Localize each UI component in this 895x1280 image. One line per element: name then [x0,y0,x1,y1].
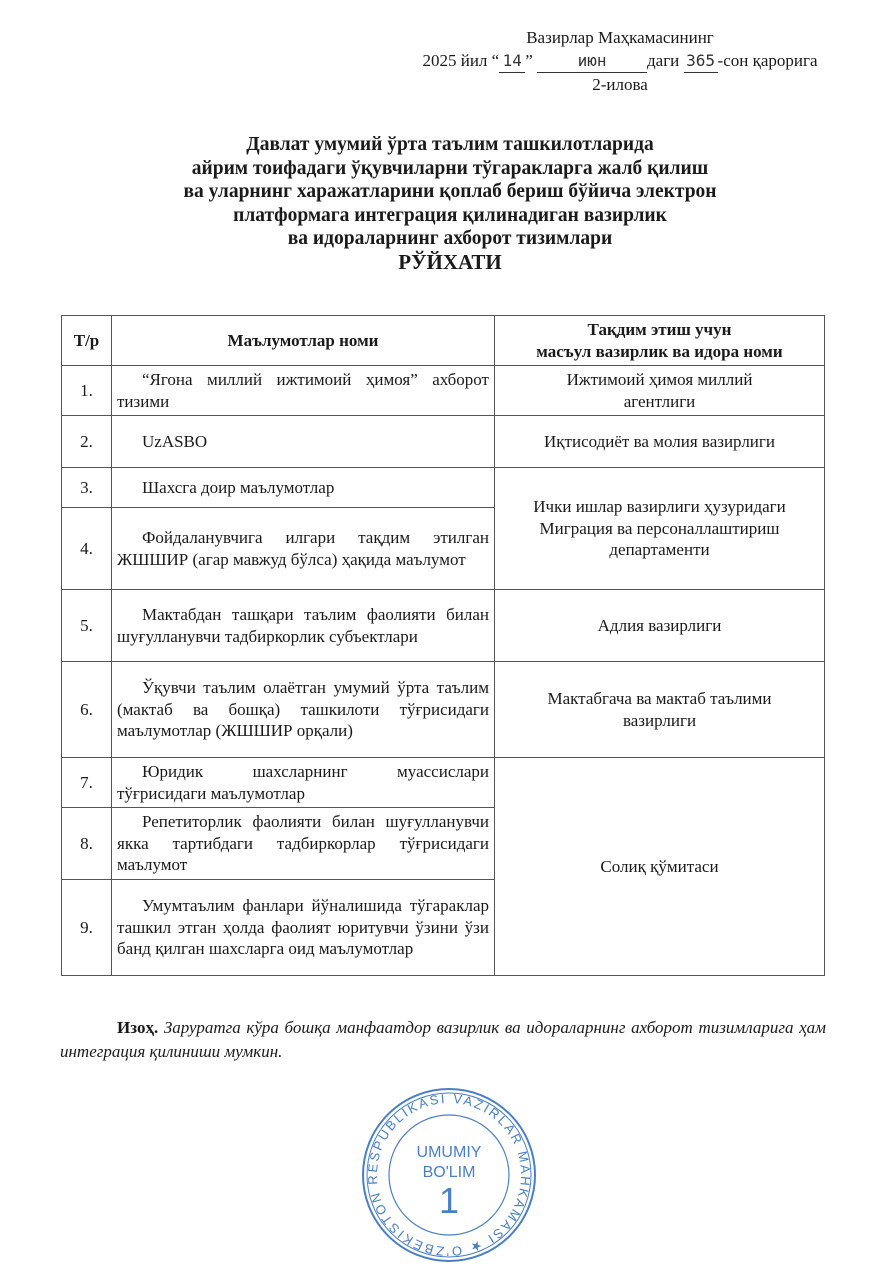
row-org: Солиқ қўмитаси [495,758,825,976]
header-name: Маълумотлар номи [112,316,495,366]
row-name: UzASBO [112,416,495,468]
title-line: Давлат умумий ўрта таълим ташкилотларида [90,133,810,157]
table-row: 5. Мактабдан ташқари таълим фаолияти бил… [62,590,825,662]
row-org: Ички ишлар вазирлиги ҳузуридаги Миграция… [495,468,825,590]
row-name: Мактабдан ташқари таълим фаолияти билан … [112,590,495,662]
stamp-line2: BO'LIM [423,1164,476,1181]
row-org: Иқтисодиёт ва молия вазирлиги [495,416,825,468]
table-header-row: Т/р Маълумотлар номи Тақдим этиш учун ма… [62,316,825,366]
footnote: Изоҳ. Заруратга кўра бошқа манфаатдор ва… [60,1016,826,1064]
row-name: Фойдаланувчига илгари тақдим этилган ЖШШ… [112,508,495,590]
row-num: 5. [62,590,112,662]
row-name: Ўқувчи таълим олаётган умумий ўрта таъли… [112,662,495,758]
document-title: Давлат умумий ўрта таълим ташкилотларида… [90,133,810,274]
decree-number: 365 [684,49,718,73]
row-name: Умумтаълим фанлари йўналишида тўгараклар… [112,880,495,976]
table-row: 2. UzASBO Иқтисодиёт ва молия вазирлиги [62,416,825,468]
row-name: “Ягона миллий ижтимоий ҳимоя” ахборот ти… [112,366,495,416]
appendix-reference: Вазирлар Маҳкамасининг 2025 йил “14” июн… [400,26,840,96]
stamp-number: 1 [439,1180,459,1221]
systems-table: Т/р Маълумотлар номи Тақдим этиш учун ма… [61,315,825,976]
row-name: Репетиторлик фаолияти билан шуғулланувчи… [112,808,495,880]
table-row: 1. “Ягона миллий ижтимоий ҳимоя” ахборот… [62,366,825,416]
row-num: 6. [62,662,112,758]
row-org: Мактабгача ва мактаб таълими вазирлиги [495,662,825,758]
title-line: платформага интеграция қилинадиган вазир… [90,204,810,228]
title-line: айрим тоифадаги ўқувчиларни тўгаракларга… [90,157,810,181]
official-stamp: O'ZBEKISTON RESPUBLIKASI VAZIRLAR MAHKAM… [345,1085,553,1265]
decree-date-line: 2025 йил “14” июндаги 365-сон қарорига [400,49,840,73]
row-org: Адлия вазирлиги [495,590,825,662]
row-num: 7. [62,758,112,808]
stamp-line1: UMUMIY [417,1144,482,1161]
row-num: 8. [62,808,112,880]
row-num: 4. [62,508,112,590]
decree-day: 14 [499,49,525,73]
row-num: 9. [62,880,112,976]
footnote-label: Изоҳ. [60,1018,158,1037]
title-heading: РЎЙХАТИ [90,251,810,275]
row-num: 1. [62,366,112,416]
table-row: 6. Ўқувчи таълим олаётган умумий ўрта та… [62,662,825,758]
row-num: 2. [62,416,112,468]
footnote-text: Заруратга кўра бошқа манфаатдор вазирлик… [60,1018,826,1061]
title-line: ва идораларнинг ахборот тизимлари [90,227,810,251]
row-name: Шахсга доир маълумотлар [112,468,495,508]
decree-issuer: Вазирлар Маҳкамасининг [400,26,840,49]
row-name: Юридик шахсларнинг муассислари тўғрисида… [112,758,495,808]
row-org: Ижтимоий ҳимоя миллий агентлиги [495,366,825,416]
table-row: 7. Юридик шахсларнинг муассислари тўғрис… [62,758,825,808]
row-num: 3. [62,468,112,508]
table-row: 3. Шахсга доир маълумотлар Ички ишлар ва… [62,468,825,508]
decree-month: июн [537,49,647,73]
header-org: Тақдим этиш учун масъул вазирлик ва идор… [495,316,825,366]
appendix-number: 2-илова [400,73,840,96]
title-line: ва уларнинг харажатларини қоплаб бериш б… [90,180,810,204]
header-num: Т/р [62,316,112,366]
